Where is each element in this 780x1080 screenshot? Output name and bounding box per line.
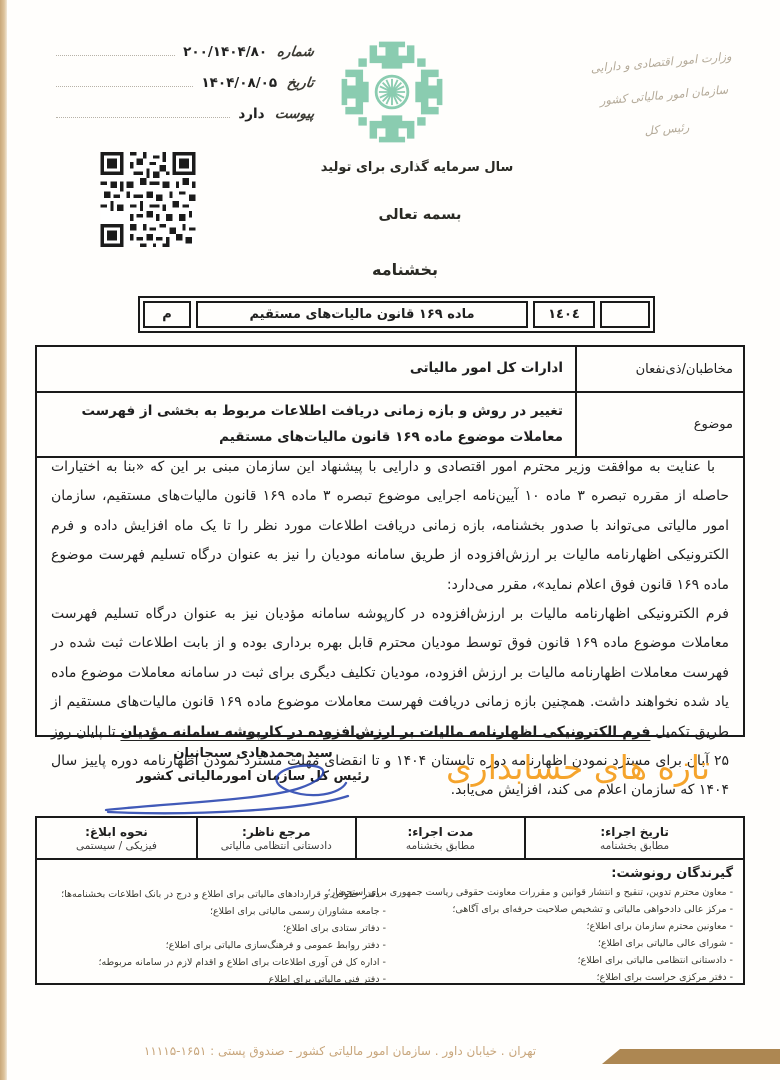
exec-notification-cell: نحوه ابلاغ: فیزیکی / سیستمی xyxy=(37,818,196,858)
cc-item: - دفتر مرکزی حراست برای اطلاع؛ xyxy=(396,969,733,986)
copy-recipients-columns: - معاون محترم تدوین، تنقیح و انتشار قوان… xyxy=(47,884,733,989)
scan-edge-strip xyxy=(0,0,7,1080)
exec-duration-cell: مدت اجراء: مطابق بخشنامه xyxy=(355,818,524,858)
ref-date-row: تاریخ ۱۴۰۴/۰۸/۰۵ xyxy=(52,75,314,91)
strip-empty-box xyxy=(600,301,650,328)
document-type-title: بخشنامه xyxy=(300,260,510,279)
cc-item: - دفتر روابط عمومی و فرهنگ‌سازی مالیاتی … xyxy=(47,937,386,954)
info-table: مخاطبان/ذی‌نفعان ادارات کل امور مالیاتی … xyxy=(35,345,745,458)
exec-duration-value: مطابق بخشنامه xyxy=(406,840,475,852)
dotted-line xyxy=(56,117,230,118)
strip-year-box: ١٤٠٤ xyxy=(533,301,595,328)
cc-item: - اداره کل فن آوری اطلاعات برای اطلاع و … xyxy=(47,954,386,971)
watermark: تازه های حسابداری xyxy=(438,748,718,787)
ref-attachment-row: پیوست دارد xyxy=(52,106,314,122)
audience-row: مخاطبان/ذی‌نفعان ادارات کل امور مالیاتی xyxy=(37,347,743,393)
year-slogan: سال سرمایه گذاری برای تولید xyxy=(262,160,572,175)
attachment-label: پیوست xyxy=(274,106,316,122)
audience-label: مخاطبان/ذی‌نفعان xyxy=(575,347,743,391)
attachment-value: دارد xyxy=(238,106,264,122)
body-paragraph-2-start: فرم الکترونیکی اظهارنامه مالیات بر ارزش‌… xyxy=(51,606,729,740)
copy-recipients-box: گیرندگان رونوشت: - معاون محترم تدوین، تن… xyxy=(35,858,745,985)
cc-item: - دفتر فنی مالیاتی برای اطلاع xyxy=(47,971,386,988)
copy-recipients-right-column: - معاون محترم تدوین، تنقیح و انتشار قوان… xyxy=(390,884,733,989)
bismillah: بسمه تعالی xyxy=(300,207,540,223)
copy-recipients-left-column: - دفتر حقوقی و قراردادهای مالیاتی برای ا… xyxy=(47,884,390,989)
exec-date-value: مطابق بخشنامه xyxy=(600,840,669,852)
classification-strip: ١٤٠٤ ماده ۱۶۹ قانون مالیات‌های مستقیم م xyxy=(138,296,655,333)
date-value: ۱۴۰۴/۰۸/۰۵ xyxy=(201,75,277,91)
exec-notification-value: فیزیکی / سیستمی xyxy=(76,840,157,852)
cc-item: - دفتر حقوقی و قراردادهای مالیاتی برای ا… xyxy=(47,886,386,903)
exec-date-cell: تاریخ اجراء: مطابق بخشنامه xyxy=(524,818,743,858)
cc-item: - مرکز عالی دادخواهی مالیاتی و تشخیص صلا… xyxy=(396,901,733,918)
footer-address: تهران . خیابان داور . سازمان امور مالیات… xyxy=(105,1044,575,1058)
cc-item: - دفاتر ستادی برای اطلاع؛ xyxy=(47,920,386,937)
dotted-line xyxy=(56,55,175,56)
footer-decorative-bar xyxy=(602,1049,780,1064)
exec-supervisor-value: دادستانی انتظامی مالیاتی xyxy=(221,840,332,852)
date-label: تاریخ xyxy=(286,75,315,91)
cc-item: - دادستانی انتظامی مالیاتی برای اطلاع؛ xyxy=(396,952,733,969)
tax-administration-logo-icon xyxy=(336,36,448,148)
audience-value: ادارات کل امور مالیاتی xyxy=(37,347,575,391)
cc-item: - جامعه مشاوران رسمی مالیاتی برای اطلاع؛ xyxy=(47,903,386,920)
ref-number-row: شماره ۲۰۰/۱۴۰۴/۸۰ xyxy=(52,44,314,60)
execution-table: تاریخ اجراء: مطابق بخشنامه مدت اجراء: مط… xyxy=(35,816,745,860)
exec-date-label: تاریخ اجراء: xyxy=(600,825,669,839)
qr-code-icon xyxy=(98,152,198,247)
exec-supervisor-label: مرجع ناظر: xyxy=(242,825,311,839)
reference-block: شماره ۲۰۰/۱۴۰۴/۸۰ تاریخ ۱۴۰۴/۰۸/۰۵ پیوست… xyxy=(52,44,314,122)
strip-subject-box: ماده ۱۶۹ قانون مالیات‌های مستقیم xyxy=(196,301,528,328)
exec-notification-label: نحوه ابلاغ: xyxy=(85,825,148,839)
number-value: ۲۰۰/۱۴۰۴/۸۰ xyxy=(183,44,267,60)
circular-body: با عنایت به موافقت وزیر محترم امور اقتصا… xyxy=(35,445,745,737)
body-paragraph-2-emphasis: فرم الکترونیکی اظهارنامه مالیات بر ارزش‌… xyxy=(120,724,650,740)
cc-item: - معاون محترم تدوین، تنقیح و انتشار قوان… xyxy=(396,884,733,901)
copy-recipients-title: گیرندگان رونوشت: xyxy=(47,866,733,881)
number-label: شماره xyxy=(276,44,315,60)
signature-scribble-icon xyxy=(100,758,355,820)
strip-code-letter-box: م xyxy=(143,301,191,328)
cc-item: - معاونین محترم سازمان برای اطلاع؛ xyxy=(396,918,733,935)
body-paragraph-1: با عنایت به موافقت وزیر محترم امور اقتصا… xyxy=(51,453,729,600)
exec-supervisor-cell: مرجع ناظر: دادستانی انتظامی مالیاتی xyxy=(196,818,355,858)
document-page: وزارت امور اقتصادی و دارایی سازمان امور … xyxy=(0,0,780,1080)
exec-duration-label: مدت اجراء: xyxy=(407,825,473,839)
ministry-header: وزارت امور اقتصادی و دارایی سازمان امور … xyxy=(570,38,758,153)
dotted-line xyxy=(56,86,193,87)
cc-item: - شورای عالی مالیاتی برای اطلاع؛ xyxy=(396,935,733,952)
